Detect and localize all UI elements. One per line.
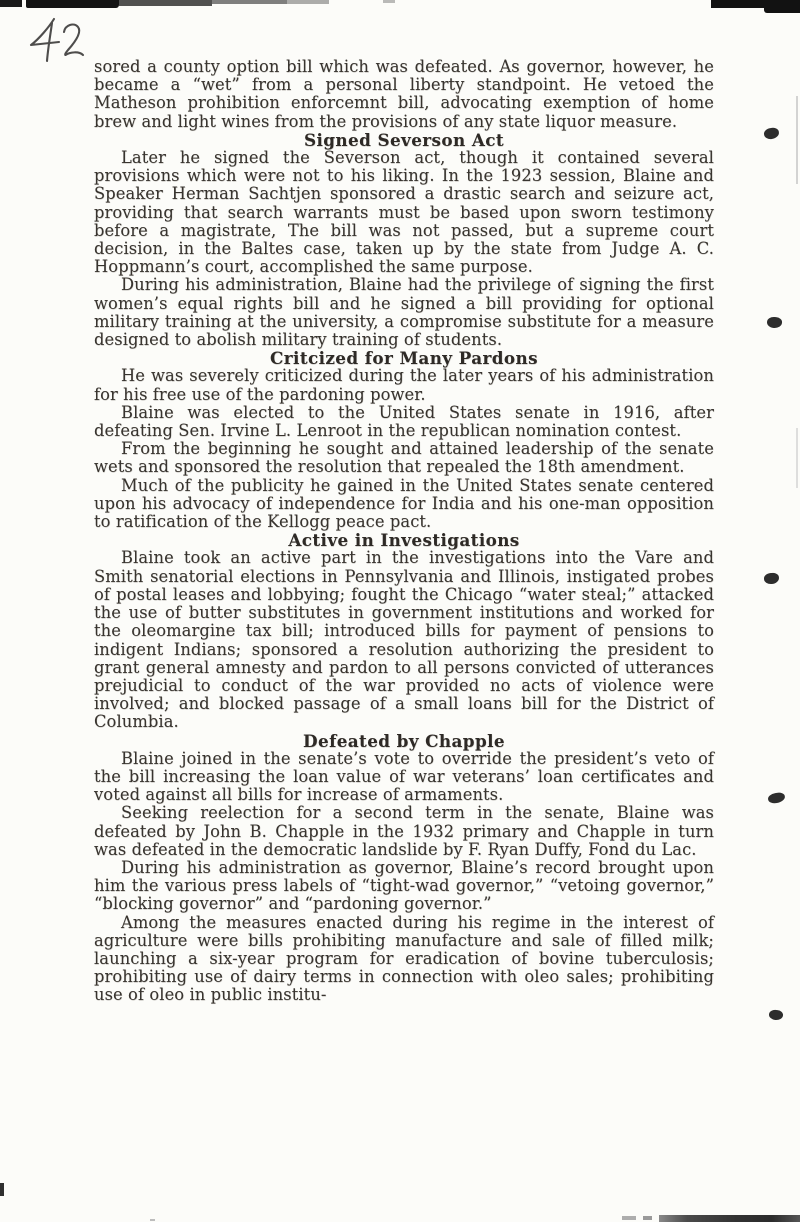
- scan-ink-mark: [119, 0, 212, 6]
- section-heading: Active in Investigations: [94, 531, 714, 549]
- scanned-document-page: sored a county option bill which was def…: [0, 0, 800, 1222]
- body-paragraph: Blaine was elected to the United States …: [94, 404, 714, 440]
- handwritten-42-strokes: [24, 14, 92, 68]
- body-paragraph: sored a county option bill which was def…: [94, 58, 714, 131]
- body-paragraph: Among the measures enacted during his re…: [94, 914, 714, 1005]
- ink-dot: [767, 792, 785, 805]
- scan-ink-mark: [26, 0, 119, 8]
- body-paragraph: Later he signed the Severson act, though…: [94, 149, 714, 276]
- scan-ink-mark: [0, 0, 22, 7]
- body-paragraph: Blaine took an active part in the invest…: [94, 549, 714, 731]
- scan-ink-mark: [0, 1183, 4, 1196]
- scan-ink-mark: [659, 1215, 800, 1222]
- scan-edge-line: [796, 428, 798, 488]
- section-heading: Signed Severson Act: [94, 131, 714, 149]
- section-heading: Defeated by Chapple: [94, 732, 714, 750]
- scan-ink-mark: [287, 0, 329, 4]
- body-paragraph: During his administration as governor, B…: [94, 859, 714, 914]
- handwritten-page-number: [24, 14, 92, 68]
- ink-dot: [764, 572, 780, 584]
- ink-dot: [769, 1009, 784, 1020]
- body-paragraph: Blaine joined in the senate’s vote to ov…: [94, 750, 714, 805]
- scan-ink-mark: [150, 1219, 155, 1221]
- body-paragraph: From the beginning he sought and attaine…: [94, 440, 714, 476]
- ink-dot: [767, 316, 783, 328]
- section-heading: Critcized for Many Pardons: [94, 349, 714, 367]
- body-paragraph: He was severely criticized during the la…: [94, 367, 714, 403]
- scan-ink-mark: [711, 0, 800, 8]
- body-paragraph: Much of the publicity he gained in the U…: [94, 477, 714, 532]
- scan-edge-line: [796, 96, 798, 184]
- ink-dot: [763, 127, 779, 140]
- scan-ink-mark: [212, 0, 287, 4]
- scan-ink-mark: [643, 1216, 652, 1220]
- article-body: sored a county option bill which was def…: [94, 58, 714, 1005]
- body-paragraph: During his administration, Blaine had th…: [94, 276, 714, 349]
- scan-ink-mark: [383, 0, 395, 3]
- scan-ink-mark: [622, 1216, 636, 1220]
- scan-ink-mark: [764, 0, 800, 13]
- body-paragraph: Seeking reelection for a second term in …: [94, 804, 714, 859]
